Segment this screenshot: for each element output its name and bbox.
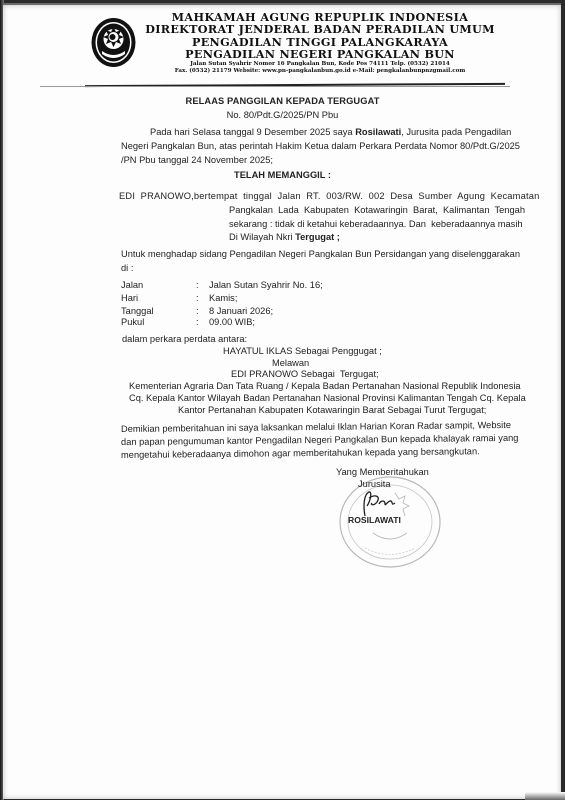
hearing-intro-line-2: di : xyxy=(121,263,133,273)
opening-line-3: /PN Pbu tanggal 24 November 2025; xyxy=(121,155,273,165)
letterhead: MAHKAMAH AGUNG REPUPLIK INDONESIA DIREKT… xyxy=(130,11,510,75)
letterhead-divider-shadow xyxy=(40,86,510,87)
case-number: No. 80/Pdt.G/2025/PN Pbu xyxy=(0,110,565,120)
detail-label-pukul: Pukul xyxy=(121,317,144,327)
defendant-role-line: EDI PRANOWO Sebagai Tergugat; xyxy=(231,369,379,379)
page-curl-shadow xyxy=(525,792,565,800)
detail-label-hari: Hari xyxy=(121,293,138,303)
letterhead-address: Jalan Sutan Syahrir Nomor 16 Pangkalan B… xyxy=(130,61,510,68)
summon-heading: TELAH MEMANGGIL : xyxy=(0,170,565,180)
document-title: RELAAS PANGGILAN KEPADA TERGUGAT xyxy=(0,96,565,106)
plaintiff: HAYATUL IKLAS Sebagai Penggugat ; xyxy=(223,346,382,356)
parties-intro: dalam perkara perdata antara: xyxy=(122,334,247,344)
opening-line-1: Pada hari Selasa tanggal 9 Desember 2025… xyxy=(150,127,511,137)
opening-text: , Jurusita pada Pengadilan xyxy=(401,127,511,137)
defendant-line-1: EDI PRANOWO,bertempat tinggal Jalan RT. … xyxy=(119,191,540,201)
opening-text: Pada hari Selasa tanggal 9 Desember 2025… xyxy=(150,127,355,137)
defendant-role: Tergugat ; xyxy=(295,232,340,242)
detail-value-pukul: 09.00 WIB; xyxy=(209,317,255,327)
detail-value-jalan: Jalan Sutan Syahrir No. 16; xyxy=(209,280,323,290)
detail-label-tanggal: Tanggal xyxy=(121,306,154,316)
notifier-label: Yang Memberitahukan xyxy=(336,467,429,477)
detail-colon: : xyxy=(196,317,199,327)
defendant-line-2: Pangkalan Lada Kabupaten Kotawaringin Ba… xyxy=(229,205,525,215)
detail-value-tanggal: 8 Januari 2026; xyxy=(209,306,273,316)
hearing-intro-line-1: Untuk menghadap sidang Pengadilan Negeri… xyxy=(121,249,520,259)
letterhead-contact: Fax. (0532) 21179 Website: www.pn-pangka… xyxy=(130,68,510,75)
detail-colon: : xyxy=(196,293,199,303)
bailiff-name: Rosilawati xyxy=(355,127,401,137)
opening-line-2: Negeri Pangkalan Bun, atas perintah Haki… xyxy=(121,141,520,151)
detail-colon: : xyxy=(196,306,199,316)
defendant-line-4: Di Wilayah Nkri Tergugat ; xyxy=(229,232,340,242)
defendant-text: Di Wilayah Nkri xyxy=(229,232,295,242)
co-defendant-line-3: Kantor Pertanahan Kabupaten Kotawaringin… xyxy=(178,405,486,415)
versus: Melawan xyxy=(272,358,309,368)
co-defendant-line-2: Cq. Kepala Kantor Wilayah Badan Pertanah… xyxy=(129,393,526,403)
bailiff-signature-name: ROSILAWATI xyxy=(348,515,401,525)
detail-colon: : xyxy=(196,280,199,290)
defendant-line-3: sekarang : tidak di ketahui keberadaanny… xyxy=(229,219,523,229)
co-defendant-line-1: Kementerian Agraria Dan Tata Ruang / Kep… xyxy=(129,381,521,391)
letterhead-line-4: PENGADILAN NEGERI PANGKALAN BUN xyxy=(130,48,510,61)
detail-value-hari: Kamis; xyxy=(209,293,237,303)
handwritten-signature-icon xyxy=(355,488,405,518)
letterhead-line-2: DIREKTORAT JENDERAL BADAN PERADILAN UMUM xyxy=(130,23,510,36)
detail-label-jalan: Jalan xyxy=(121,280,143,290)
